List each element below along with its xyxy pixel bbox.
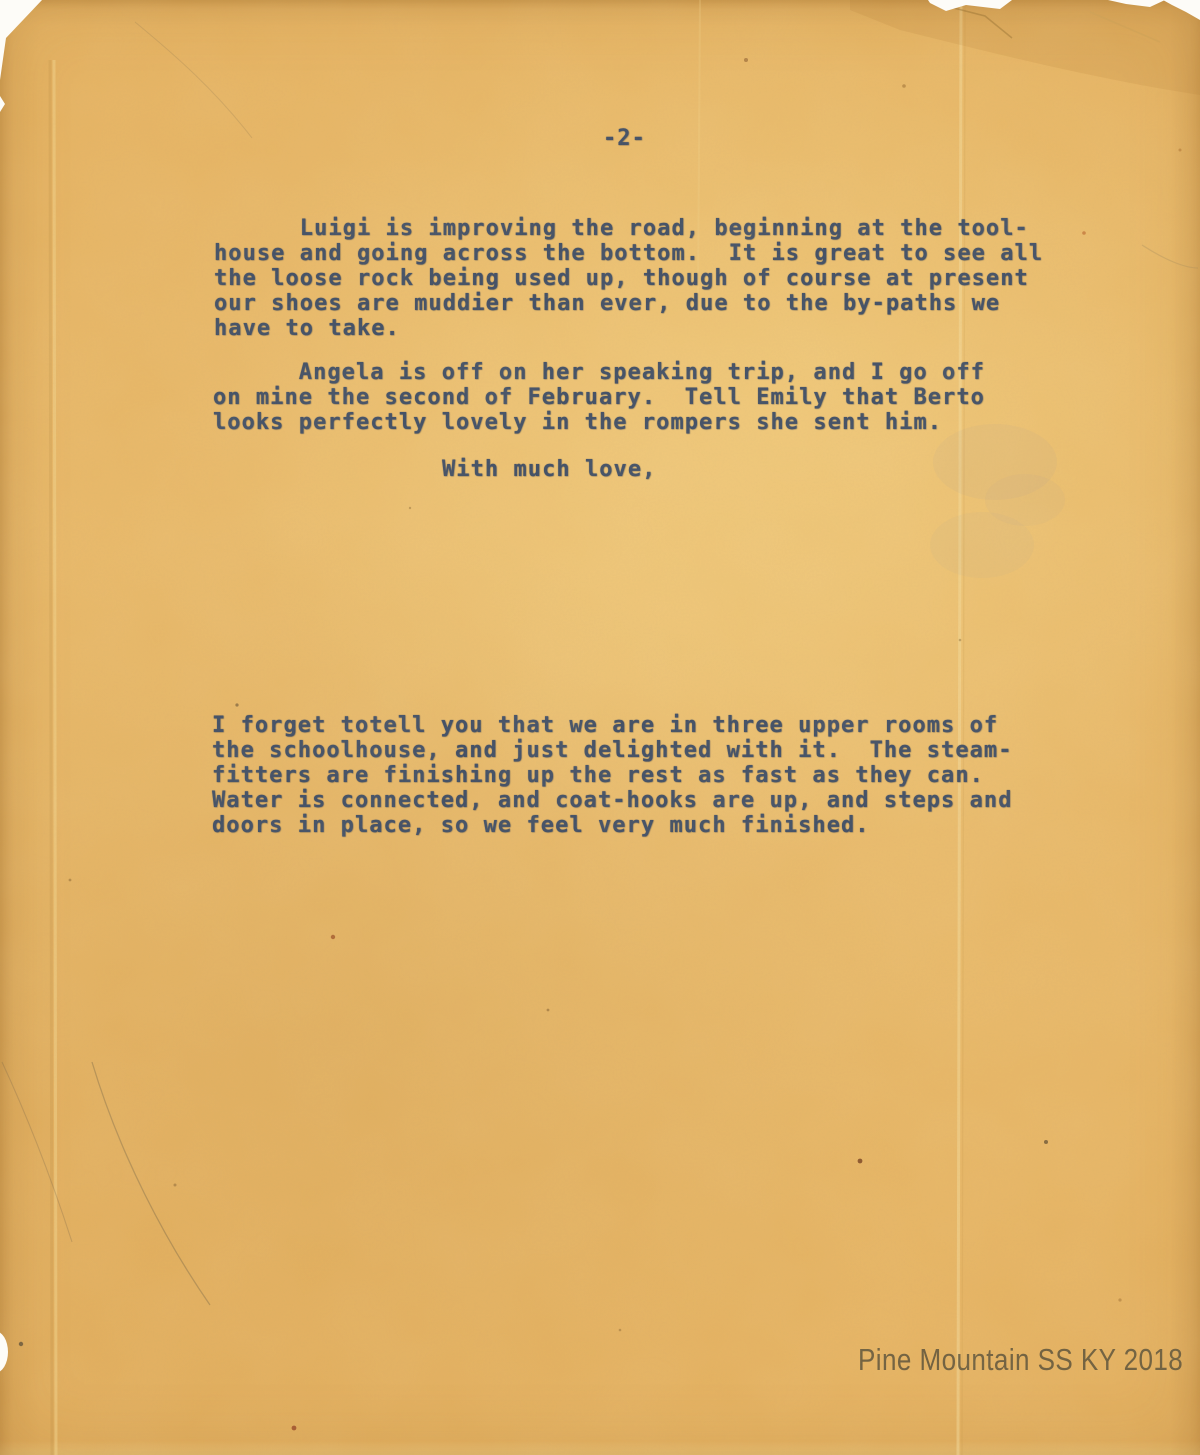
fold-crease-left-light [54, 60, 56, 1455]
torn-nick-left-top [0, 96, 5, 112]
page-number: -2- [603, 126, 646, 151]
scratch-bottom-left-2 [2, 1062, 72, 1242]
top-right-shading [850, 0, 1200, 95]
closing-line: With much love, [442, 457, 656, 482]
top-right-crease-2 [1090, 12, 1160, 42]
torn-corner-top-left [0, 0, 42, 80]
torn-edge-top-right [1108, 0, 1165, 7]
ghost-smudge-2 [930, 512, 1034, 578]
ghost-smudge-1 [933, 424, 1057, 500]
ghost-smudge-3 [985, 474, 1065, 526]
top-right-crease [938, 4, 1012, 38]
scratch-top-left [135, 22, 252, 138]
scratch-bottom-left-1 [92, 1062, 210, 1305]
fold-crease-left-dark [50, 60, 52, 1455]
torn-notch-left [0, 1331, 8, 1373]
torn-edge-top-mid [928, 0, 1012, 11]
letter-page: -2- Luigi is improving the road, beginni… [0, 0, 1200, 1455]
scratch-right [1142, 245, 1198, 268]
torn-corner-top-right [1163, 0, 1200, 20]
paragraph-road-improvement: Luigi is improving the road, beginning a… [214, 216, 1043, 341]
watermark: Pine Mountain SS KY 2018 [858, 1342, 1183, 1378]
paragraph-schoolhouse-rooms: I forget totell you that we are in three… [212, 713, 1013, 838]
paragraph-speaking-trip: Angela is off on her speaking trip, and … [213, 360, 985, 435]
